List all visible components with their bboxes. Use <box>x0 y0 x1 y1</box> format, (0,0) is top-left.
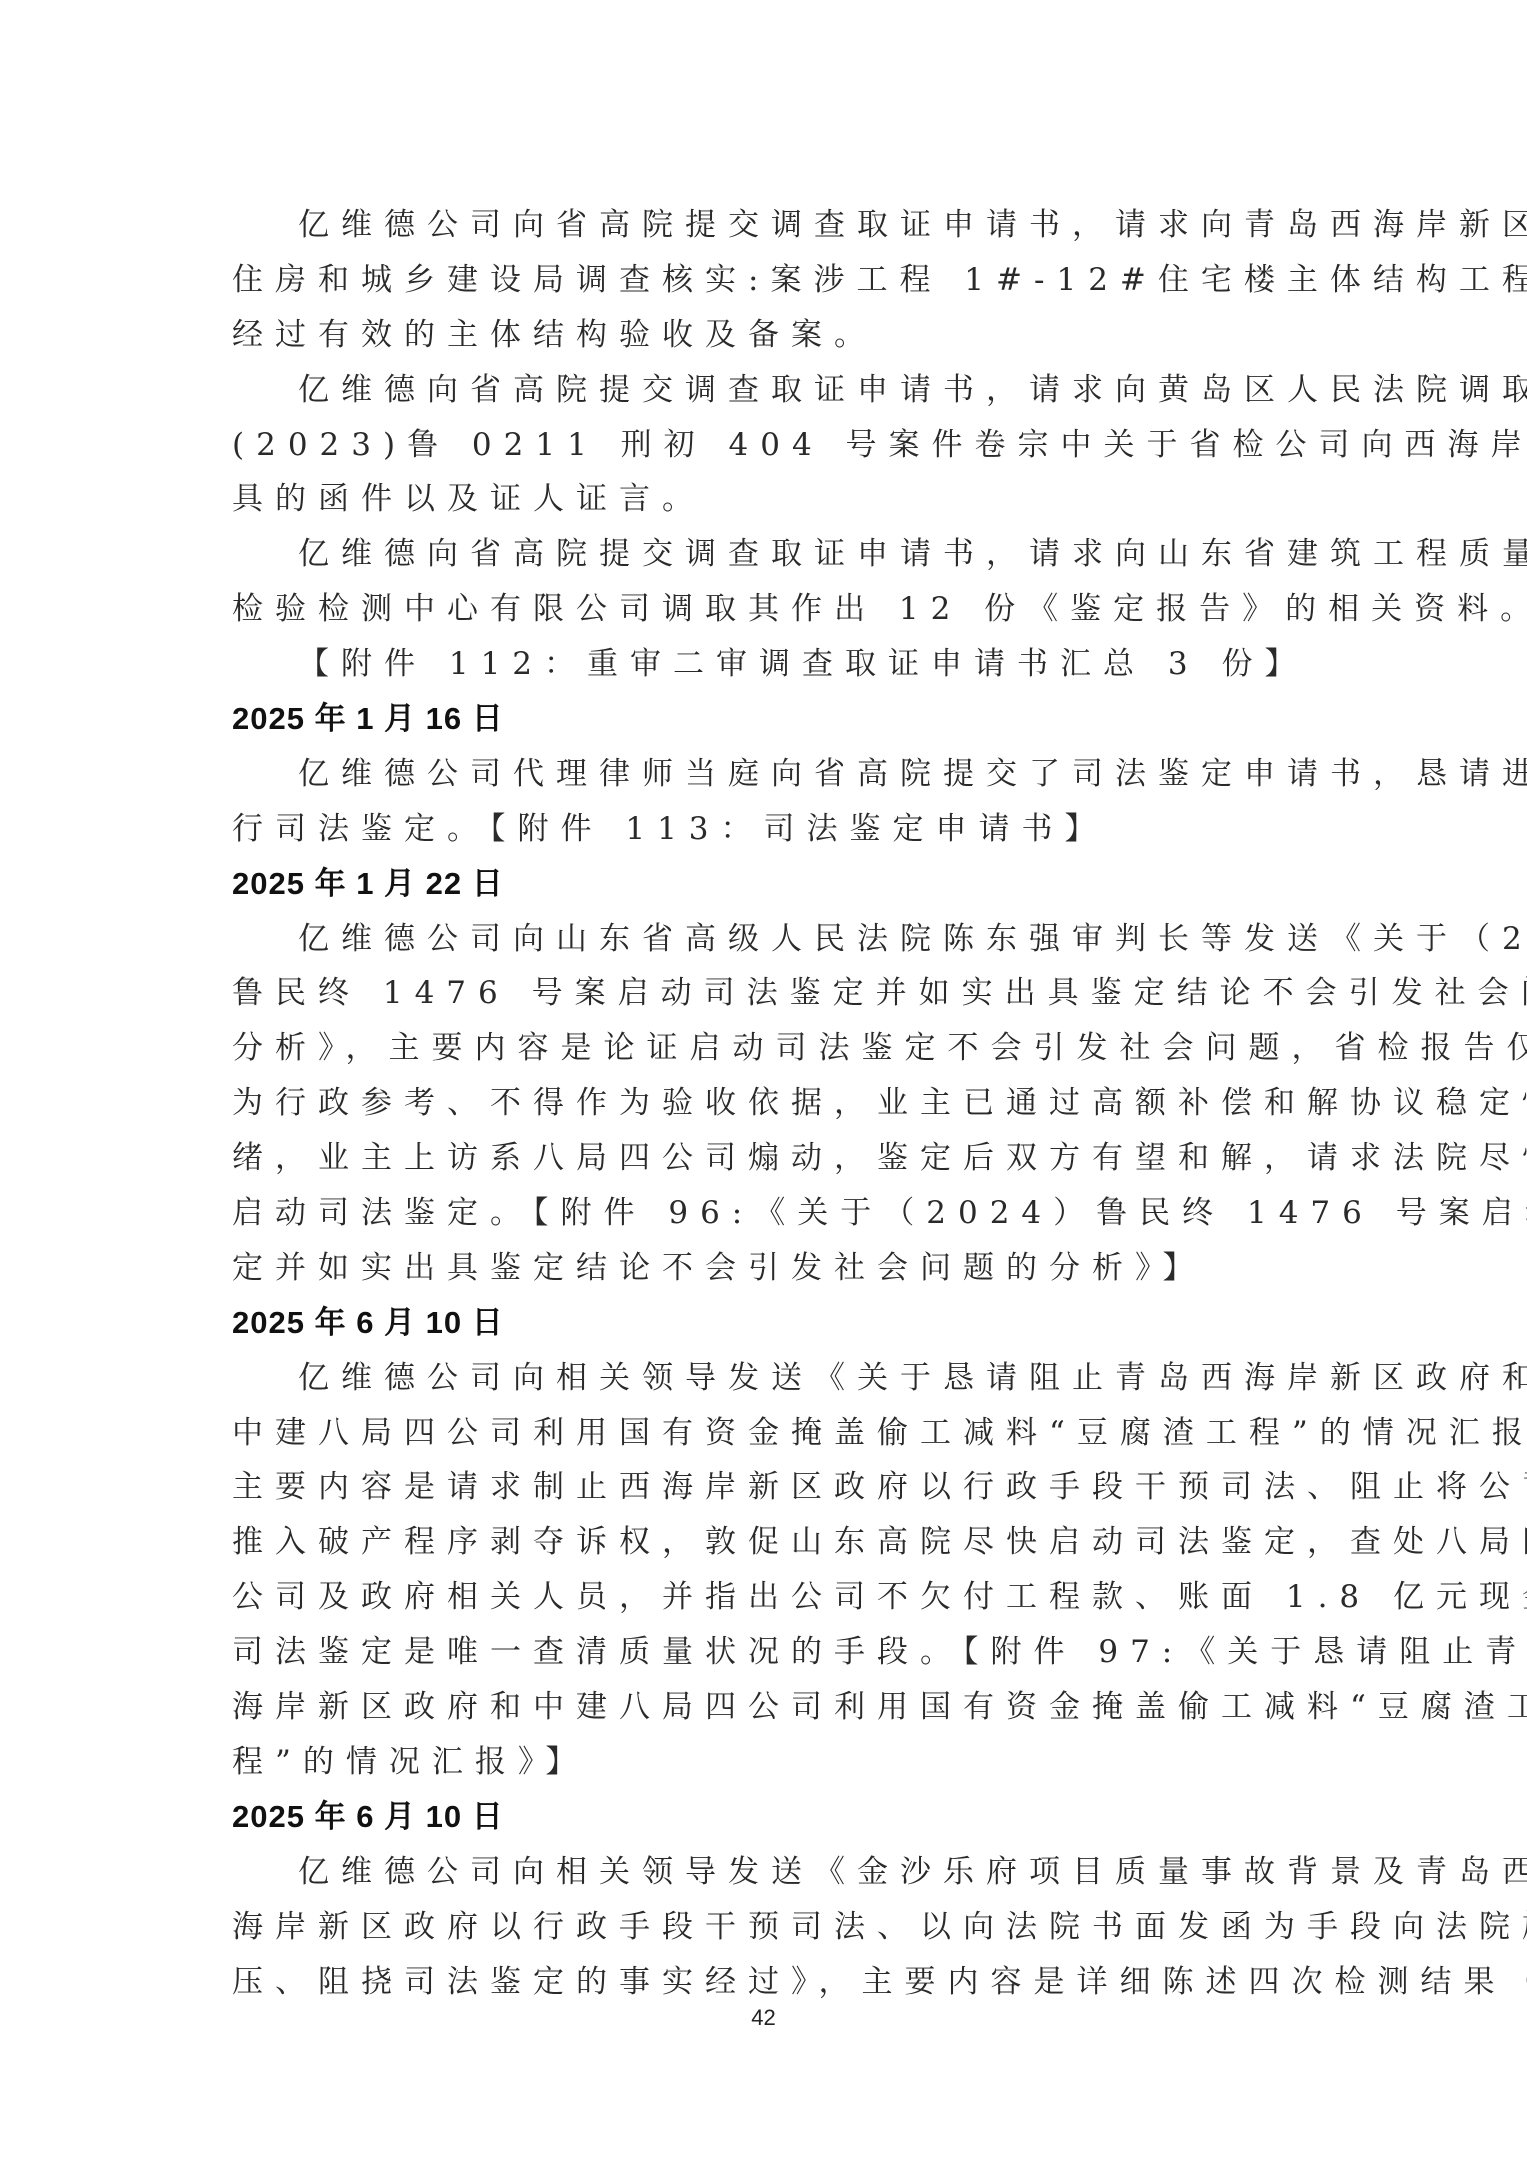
paragraph-line: 经过有效的主体结构验收及备案。 <box>232 308 1312 363</box>
paragraph-line: 住房和城乡建设局调查核实:案涉工程 1#-12#住宅楼主体结构工程是否 <box>232 253 1312 308</box>
paragraph-line: 亿维德公司代理律师当庭向省高院提交了司法鉴定申请书，恳请进 <box>232 747 1312 802</box>
date-heading: 2025 年 6 月 10 日 <box>232 1296 1312 1351</box>
page-number: 42 <box>0 2005 1527 2031</box>
date-heading: 2025 年 1 月 16 日 <box>232 692 1312 747</box>
paragraph-line: 分析》，主要内容是论证启动司法鉴定不会引发社会问题，省检报告仅 <box>232 1021 1312 1076</box>
paragraph-line: 亿维德向省高院提交调查取证申请书，请求向黄岛区人民法院调取 <box>232 363 1312 418</box>
paragraph-line: 行司法鉴定。【附件 113：司法鉴定申请书】 <box>232 802 1312 857</box>
attachment-note: 【附件 112：重审二审调查取证申请书汇总 3 份】 <box>232 637 1312 692</box>
paragraph-line: 亿维德公司向省高院提交调查取证申请书，请求向青岛西海岸新区 <box>232 198 1312 253</box>
paragraph-line: 检验检测中心有限公司调取其作出 12 份《鉴定报告》的相关资料。 <box>232 582 1312 637</box>
paragraph-line: 海岸新区政府和中建八局四公司利用国有资金掩盖偷工减料“豆腐渣工 <box>232 1680 1312 1735</box>
paragraph-line: 具的函件以及证人证言。 <box>232 472 1312 527</box>
paragraph-line: 压、阻挠司法鉴定的事实经过》，主要内容是详细陈述四次检测结果（不 <box>232 1955 1312 2010</box>
date-heading: 2025 年 6 月 10 日 <box>232 1790 1312 1845</box>
paragraph-line: 主要内容是请求制止西海岸新区政府以行政手段干预司法、阻止将公司 <box>232 1460 1312 1515</box>
paragraph-line: 亿维德公司向相关领导发送《金沙乐府项目质量事故背景及青岛西 <box>232 1845 1312 1900</box>
paragraph-line: 启动司法鉴定。【附件 96:《关于（2024）鲁民终 1476 号案启动司法鉴 <box>232 1186 1312 1241</box>
page-body: 亿维德公司向省高院提交调查取证申请书，请求向青岛西海岸新区 住房和城乡建设局调查… <box>232 198 1312 2009</box>
paragraph-line: 鲁民终 1476 号案启动司法鉴定并如实出具鉴定结论不会引发社会问题的 <box>232 966 1312 1021</box>
paragraph-line: 司法鉴定是唯一查清质量状况的手段。【附件 97:《关于恳请阻止青岛西 <box>232 1625 1312 1680</box>
paragraph-line: 定并如实出具鉴定结论不会引发社会问题的分析》】 <box>232 1241 1312 1296</box>
paragraph-line: 中建八局四公司利用国有资金掩盖偷工减料“豆腐渣工程”的情况汇报》, <box>232 1406 1312 1461</box>
paragraph-line: 推入破产程序剥夺诉权，敦促山东高院尽快启动司法鉴定，查处八局四 <box>232 1515 1312 1570</box>
paragraph-line: 亿维德公司向相关领导发送《关于恳请阻止青岛西海岸新区政府和 <box>232 1351 1312 1406</box>
date-heading: 2025 年 1 月 22 日 <box>232 857 1312 912</box>
paragraph-line: 程”的情况汇报》】 <box>232 1735 1312 1790</box>
paragraph-line: 绪，业主上访系八局四公司煽动，鉴定后双方有望和解，请求法院尽快 <box>232 1131 1312 1186</box>
document-page: 亿维德公司向省高院提交调查取证申请书，请求向青岛西海岸新区 住房和城乡建设局调查… <box>0 0 1527 2160</box>
paragraph-line: 亿维德向省高院提交调查取证申请书，请求向山东省建筑工程质量 <box>232 527 1312 582</box>
paragraph-line: 公司及政府相关人员，并指出公司不欠付工程款、账面 1.8 亿元现金， <box>232 1570 1312 1625</box>
paragraph-line: (2023)鲁 0211 刑初 404 号案件卷宗中关于省检公司向西海岸公安机关… <box>232 418 1312 473</box>
paragraph-line: 海岸新区政府以行政手段干预司法、以向法院书面发函为手段向法院施 <box>232 1900 1312 1955</box>
paragraph-line: 为行政参考、不得作为验收依据，业主已通过高额补偿和解协议稳定情 <box>232 1076 1312 1131</box>
paragraph-line: 亿维德公司向山东省高级人民法院陈东强审判长等发送《关于（2024） <box>232 912 1312 967</box>
